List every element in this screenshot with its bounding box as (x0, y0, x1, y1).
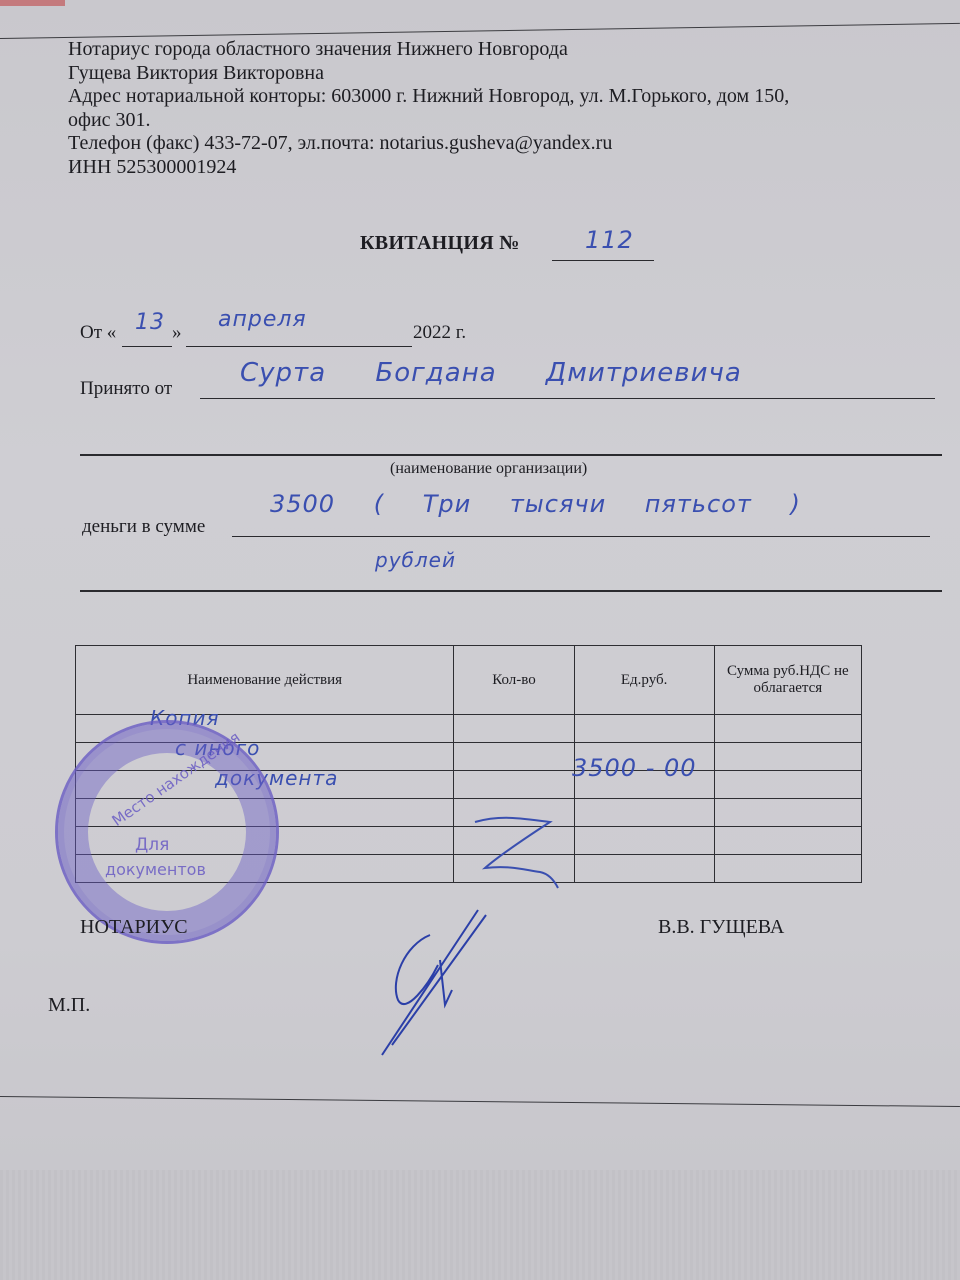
received-from-label: Принято от (80, 378, 172, 400)
notary-stamp (55, 720, 279, 944)
red-mark (0, 0, 65, 6)
header-line: ИНН 525300001924 (68, 156, 789, 180)
table-header-row: Наименование действия Кол-во Ед.руб. Сум… (76, 646, 862, 715)
organization-caption: (наименование организации) (390, 460, 587, 478)
notary-signature (370, 905, 500, 1065)
header-line: Нотариус города областного значения Нижн… (68, 38, 789, 62)
notary-header: Нотариус города областного значения Нижн… (68, 38, 789, 179)
dash-scribble (470, 810, 580, 890)
handwritten-sum: 3500 - 00 (572, 754, 697, 782)
header-line: офис 301. (68, 109, 789, 133)
date-month: апреля (218, 307, 307, 332)
date-year: 2022 г. (413, 322, 466, 344)
received-from-value: Сурта Богдана Дмитриевича (240, 358, 742, 388)
footer-role: НОТАРИУС (80, 916, 188, 939)
date-prefix: От « (80, 322, 116, 344)
footer-name: В.В. ГУЩЕВА (658, 916, 784, 939)
amount-label: деньги в сумме (82, 516, 205, 538)
organization-field[interactable] (80, 430, 942, 456)
seal-place: М.П. (48, 994, 90, 1017)
receipt-number: 112 (585, 226, 634, 254)
background-surface (0, 1170, 960, 1280)
header-line: Гущева Виктория Викторовна (68, 62, 789, 86)
col-header-qty: Кол-во (454, 646, 574, 715)
col-header-action: Наименование действия (76, 646, 454, 715)
header-line: Телефон (факс) 433-72-07, эл.почта: nota… (68, 132, 789, 156)
date-mid: » (172, 322, 182, 344)
col-header-unit: Ед.руб. (574, 646, 714, 715)
date-day: 13 (135, 310, 165, 335)
amount-field-line2[interactable] (80, 566, 942, 592)
header-line: Адрес нотариальной конторы: 603000 г. Ни… (68, 85, 789, 109)
amount-value: 3500 ( Три тысячи пятьсот ) (270, 490, 801, 518)
receipt-title: КВИТАНЦИЯ № (360, 232, 520, 255)
stamp-inner-text: Для (135, 835, 169, 855)
col-header-sum: Сумма руб.НДС не облагается (714, 646, 861, 715)
stamp-inner-text-2: документов (105, 860, 206, 879)
